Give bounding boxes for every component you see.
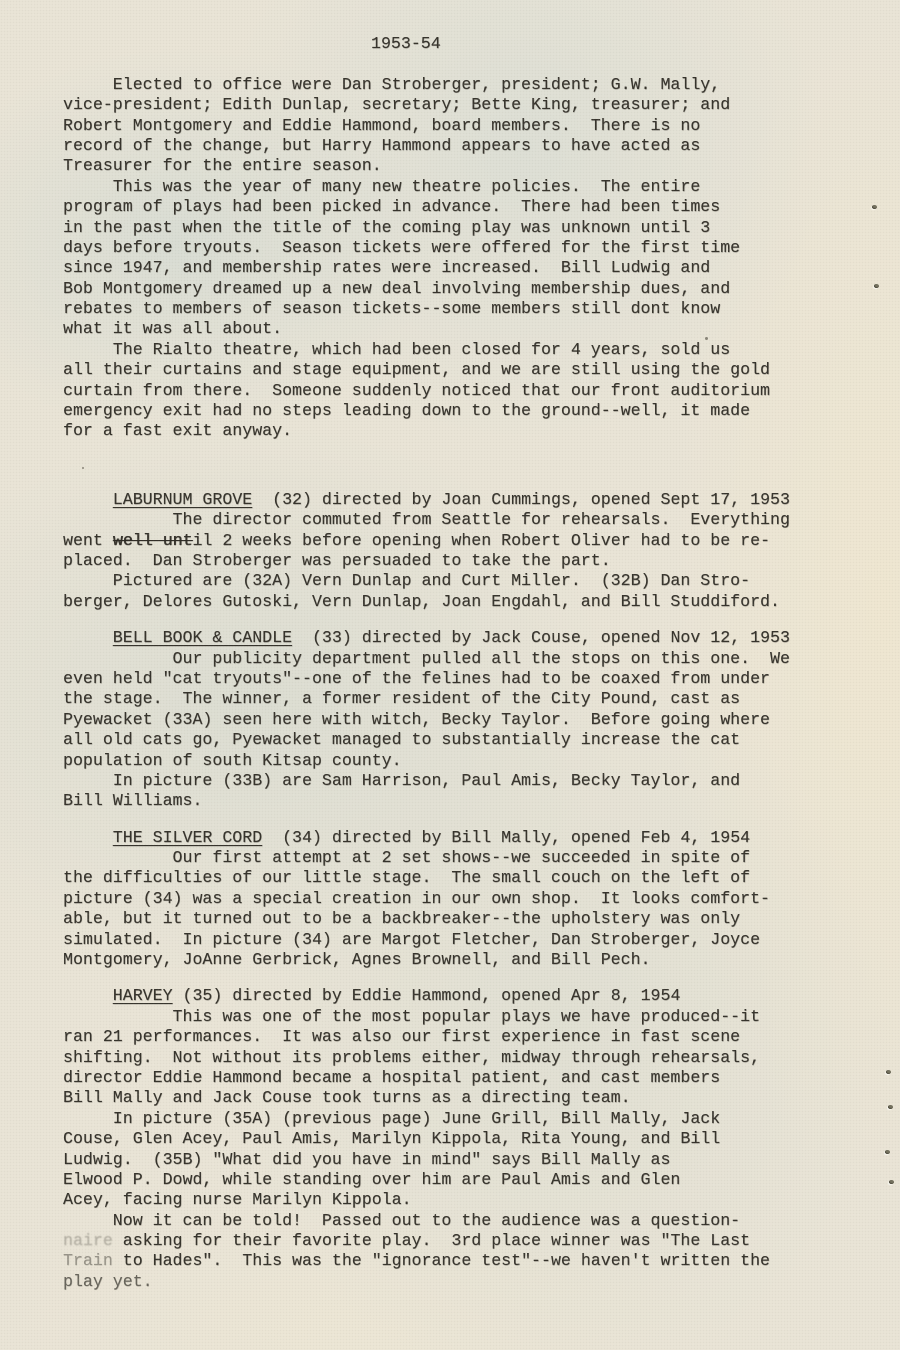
paragraph: Our publicity department pulled all the … — [63, 649, 823, 771]
paragraph: Pictured are (32A) Vern Dunlap and Curt … — [63, 571, 823, 612]
play-title: LABURNUM GROVE — [113, 490, 252, 509]
text-line: vice-president; Edith Dunlap, secretary;… — [63, 95, 823, 115]
paragraph: Our first attempt at 2 set shows--we suc… — [63, 848, 823, 970]
section-heading: HARVEY (35) directed by Eddie Hammond, o… — [63, 986, 823, 1006]
text-line: Robert Montgomery and Eddie Hammond, boa… — [63, 116, 823, 136]
text-line: Train to Hades". This was the "ignorance… — [63, 1251, 823, 1271]
paragraph: The Rialto theatre, which had been close… — [63, 340, 823, 442]
text-line: Pictured are (32A) Vern Dunlap and Curt … — [63, 571, 823, 591]
typewritten-content: 1953-54 Elected to office were Dan Strob… — [63, 34, 823, 1292]
text-line: even held "cat tryouts"--one of the feli… — [63, 669, 823, 689]
text-segment: went — [63, 531, 113, 550]
text-line: Elected to office were Dan Stroberger, p… — [63, 75, 823, 95]
section-heading: BELL BOOK & CANDLE (33) directed by Jack… — [63, 628, 823, 648]
text-line: In picture (33B) are Sam Harrison, Paul … — [63, 771, 823, 791]
text-line: went well until 2 weeks before opening w… — [63, 531, 823, 551]
text-line: The Rialto theatre, which had been close… — [63, 340, 823, 360]
text-line: in the past when the title of the coming… — [63, 218, 823, 238]
faded2-text: Train — [63, 1251, 113, 1270]
play-section: LABURNUM GROVE (32) directed by Joan Cum… — [63, 490, 823, 612]
page-title: 1953-54 — [63, 34, 823, 54]
staple-hole — [886, 1070, 891, 1074]
faded-text: naire — [63, 1231, 113, 1250]
document-page: 1953-54 Elected to office were Dan Strob… — [0, 0, 900, 1350]
text-line: director Eddie Hammond became a hospital… — [63, 1068, 823, 1088]
text-line: record of the change, but Harry Hammond … — [63, 136, 823, 156]
text-line: rebates to members of season tickets--so… — [63, 299, 823, 319]
text-line: Montgomery, JoAnne Gerbrick, Agnes Brown… — [63, 950, 823, 970]
text-line: berger, Delores Gutoski, Vern Dunlap, Jo… — [63, 592, 823, 612]
play-title: BELL BOOK & CANDLE — [113, 628, 292, 647]
dim-text: play yet. — [63, 1272, 153, 1291]
text-line: Couse, Glen Acey, Paul Amis, Marilyn Kip… — [63, 1129, 823, 1149]
heading-indent — [63, 490, 113, 509]
text-line: ran 21 performances. It was also our fir… — [63, 1027, 823, 1047]
text-line: able, but it turned out to be a backbrea… — [63, 909, 823, 929]
paper-speck — [705, 337, 708, 340]
text-line: program of plays had been picked in adva… — [63, 197, 823, 217]
text-line: all their curtains and stage equipment, … — [63, 360, 823, 380]
text-segment: to Hades". This was the "ignorance test"… — [113, 1251, 770, 1270]
text-line: Now it can be told! Passed out to the au… — [63, 1211, 823, 1231]
text-line: Ludwig. (35B) "What did you have in mind… — [63, 1150, 823, 1170]
section-heading: THE SILVER CORD (34) directed by Bill Ma… — [63, 828, 823, 848]
text-line: Our publicity department pulled all the … — [63, 649, 823, 669]
staple-hole — [872, 205, 877, 209]
staple-hole — [888, 1105, 893, 1109]
text-line: Acey, facing nurse Marilyn Kippola. — [63, 1190, 823, 1210]
heading-rest: (35) directed by Eddie Hammond, opened A… — [173, 986, 681, 1005]
staple-hole — [874, 284, 879, 288]
text-blocks: Elected to office were Dan Stroberger, p… — [63, 75, 823, 1292]
text-line: days before tryouts. Season tickets were… — [63, 238, 823, 258]
text-line: picture (34) was a special creation in o… — [63, 889, 823, 909]
paragraph: This was the year of many new theatre po… — [63, 177, 823, 340]
text-line: the difficulties of our little stage. Th… — [63, 868, 823, 888]
section-heading: LABURNUM GROVE (32) directed by Joan Cum… — [63, 490, 823, 510]
text-line: since 1947, and membership rates were in… — [63, 258, 823, 278]
text-line: placed. Dan Stroberger was persuaded to … — [63, 551, 823, 571]
text-line: for a fast exit anyway. — [63, 421, 823, 441]
text-line: emergency exit had no steps leading down… — [63, 401, 823, 421]
text-line: curtain from there. Someone suddenly not… — [63, 381, 823, 401]
text-line: the stage. The winner, a former resident… — [63, 689, 823, 709]
text-line: In picture (35A) (previous page) June Gr… — [63, 1109, 823, 1129]
text-segment: il 2 weeks before opening when Robert Ol… — [192, 531, 770, 550]
heading-rest: (32) directed by Joan Cummings, opened S… — [252, 490, 790, 509]
text-line: population of south Kitsap county. — [63, 751, 823, 771]
paper-speck — [82, 467, 84, 469]
text-line: Bill Williams. — [63, 791, 823, 811]
strike-text: well unt — [113, 531, 193, 550]
play-title: HARVEY — [113, 986, 173, 1005]
play-section: HARVEY (35) directed by Eddie Hammond, o… — [63, 986, 823, 1292]
staple-hole — [885, 1150, 890, 1154]
text-line: Elwood P. Dowd, while standing over him … — [63, 1170, 823, 1190]
play-section: BELL BOOK & CANDLE (33) directed by Jack… — [63, 628, 823, 812]
text-line: Bob Montgomery dreamed up a new deal inv… — [63, 279, 823, 299]
text-line: play yet. — [63, 1272, 823, 1292]
heading-indent — [63, 986, 113, 1005]
paragraph: This was one of the most popular plays w… — [63, 1007, 823, 1211]
staple-hole — [889, 1180, 894, 1184]
heading-indent — [63, 828, 113, 847]
paragraph: In picture (33B) are Sam Harrison, Paul … — [63, 771, 823, 812]
paragraph: Now it can be told! Passed out to the au… — [63, 1211, 823, 1293]
heading-rest: (33) directed by Jack Couse, opened Nov … — [292, 628, 790, 647]
play-title: THE SILVER CORD — [113, 828, 262, 847]
text-line: This was one of the most popular plays w… — [63, 1007, 823, 1027]
text-line: Bill Mally and Jack Couse took turns as … — [63, 1088, 823, 1108]
paragraph: The director commuted from Seattle for r… — [63, 510, 823, 571]
heading-rest: (34) directed by Bill Mally, opened Feb … — [262, 828, 750, 847]
text-line: all old cats go, Pyewacket managed to su… — [63, 730, 823, 750]
text-line: Our first attempt at 2 set shows--we suc… — [63, 848, 823, 868]
text-line: This was the year of many new theatre po… — [63, 177, 823, 197]
text-line: The director commuted from Seattle for r… — [63, 510, 823, 530]
text-line: naire asking for their favorite play. 3r… — [63, 1231, 823, 1251]
paragraph: Elected to office were Dan Stroberger, p… — [63, 75, 823, 177]
text-line: Pyewacket (33A) seen here with witch, Be… — [63, 710, 823, 730]
text-line: Treasurer for the entire season. — [63, 156, 823, 176]
text-segment: asking for their favorite play. 3rd plac… — [113, 1231, 750, 1250]
text-line: shifting. Not without its problems eithe… — [63, 1048, 823, 1068]
heading-indent — [63, 628, 113, 647]
play-section: THE SILVER CORD (34) directed by Bill Ma… — [63, 828, 823, 971]
text-line: what it was all about. — [63, 319, 823, 339]
text-line: simulated. In picture (34) are Margot Fl… — [63, 930, 823, 950]
